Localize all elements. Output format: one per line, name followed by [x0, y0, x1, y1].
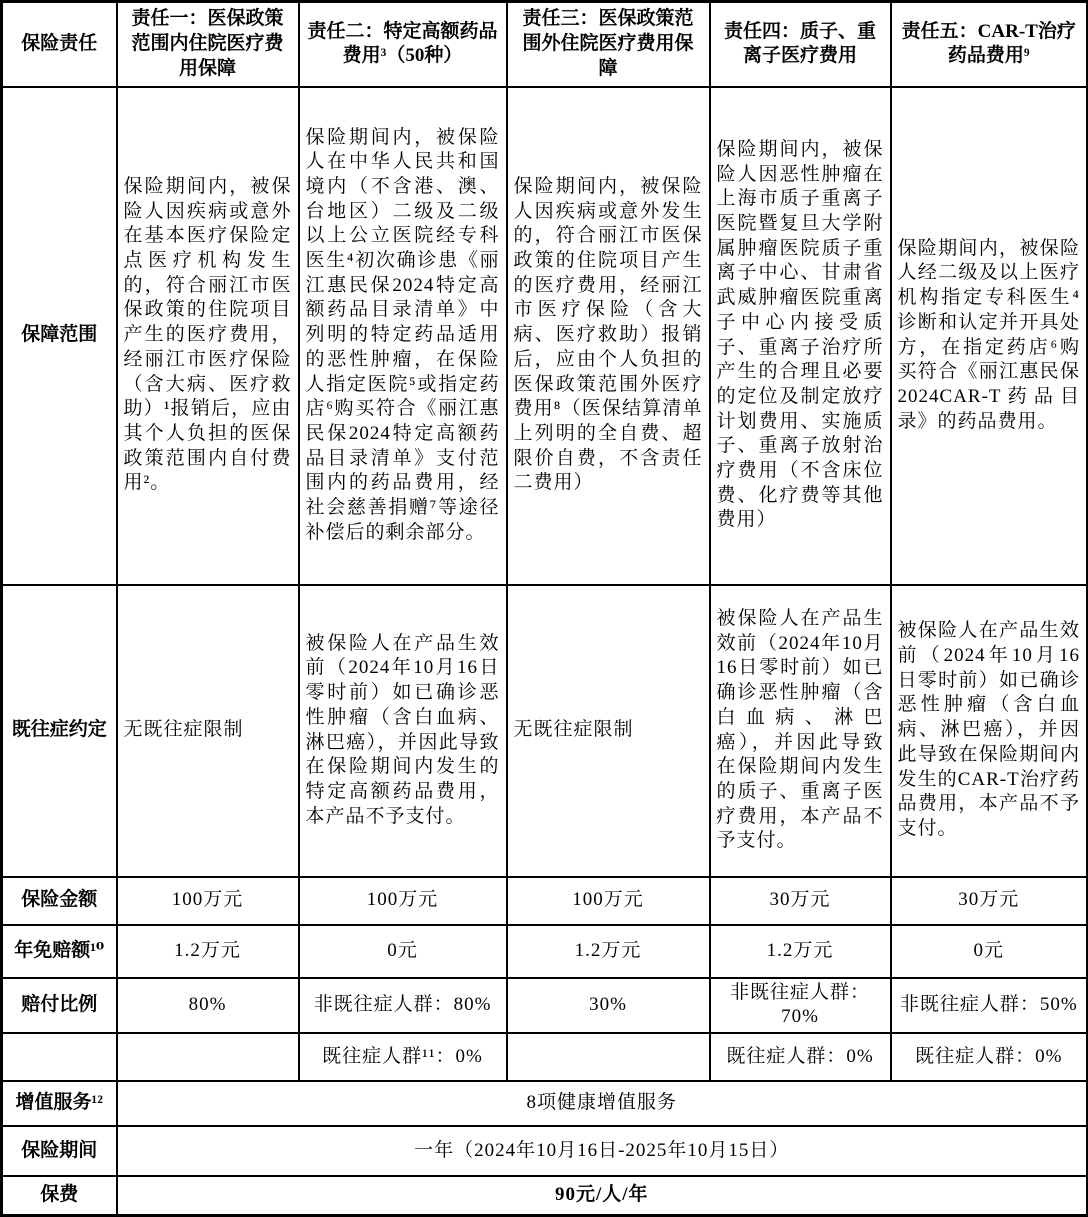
coverage-cell-liability-5: 保险期间内，被保险人经二级及以上医疗机构指定专科医生⁴诊断和认定并开具处方，在指…: [891, 87, 1088, 585]
row-label-sum-insured: 保险金额: [2, 877, 117, 925]
preexisting-cell-liability-4: 被保险人在产品生效前（2024年10月16日零时前）如已确诊恶性肿瘤（含白血病、…: [710, 585, 891, 877]
row-label-empty: [2, 1033, 117, 1081]
sum-insured-liability-2: 100万元: [299, 877, 507, 925]
coverage-row: 保障范围 保险期间内，被保险人因疾病或意外在基本医疗保险定点医疗机构发生的，符合…: [2, 87, 1088, 585]
column-header-liability-5: 责任五：CAR-T治疗药品费用⁹: [891, 2, 1088, 87]
insurance-liability-table: 保险责任 责任一：医保政策范围内住院医疗费用保障 责任二：特定高额药品费用³（5…: [0, 0, 1088, 1217]
coverage-cell-liability-4: 保险期间内，被保险人因恶性肿瘤在上海市质子重离子医院暨复旦大学附属肿瘤医院质子重…: [710, 87, 891, 585]
preexisting-cell-liability-2: 被保险人在产品生效前（2024年10月16日零时前）如已确诊恶性肿瘤（含白血病、…: [299, 585, 507, 877]
sum-insured-liability-3: 100万元: [507, 877, 710, 925]
row-label-payout-ratio: 赔付比例: [2, 978, 117, 1033]
payout-preexisting-liability-3: [507, 1033, 710, 1081]
payout-ratio-liability-1: 80%: [117, 978, 299, 1033]
column-header-liability-4: 责任四：质子、重离子医疗费用: [710, 2, 891, 87]
insurance-period-value: 一年（2024年10月16日-2025年10月15日）: [117, 1126, 1088, 1176]
sum-insured-liability-4: 30万元: [710, 877, 891, 925]
payout-preexisting-liability-1: [117, 1033, 299, 1081]
payout-preexisting-liability-5: 既往症人群：0%: [891, 1033, 1088, 1081]
deductible-liability-2: 0元: [299, 925, 507, 978]
payout-ratio-preexisting-row: 既往症人群¹¹：0% 既往症人群：0% 既往症人群：0%: [2, 1033, 1088, 1081]
coverage-cell-liability-3: 保险期间内，被保险人因疾病或意外发生的，符合丽江市医保政策的住院项目产生的医疗费…: [507, 87, 710, 585]
deductible-row: 年免赔额¹⁰ 1.2万元 0元 1.2万元 1.2万元 0元: [2, 925, 1088, 978]
row-label-value-added-service: 增值服务¹²: [2, 1081, 117, 1126]
payout-preexisting-liability-2: 既往症人群¹¹：0%: [299, 1033, 507, 1081]
value-added-service-row: 增值服务¹² 8项健康增值服务: [2, 1081, 1088, 1126]
insurance-benefit-page: 保险责任 责任一：医保政策范围内住院医疗费用保障 责任二：特定高额药品费用³（5…: [0, 0, 1088, 1217]
payout-ratio-row: 赔付比例 80% 非既往症人群：80% 30% 非既往症人群：70% 非既往症人…: [2, 978, 1088, 1033]
row-label-premium: 保费: [2, 1176, 117, 1216]
preexisting-cell-liability-5: 被保险人在产品生效前（2024年10月16日零时前）如已确诊恶性肿瘤（含白血病、…: [891, 585, 1088, 877]
corner-label: 保险责任: [2, 2, 117, 87]
deductible-liability-3: 1.2万元: [507, 925, 710, 978]
preexisting-cell-liability-3: 无既往症限制: [507, 585, 710, 877]
coverage-cell-liability-1: 保险期间内，被保险人因疾病或意外在基本医疗保险定点医疗机构发生的，符合丽江市医保…: [117, 87, 299, 585]
row-label-deductible: 年免赔额¹⁰: [2, 925, 117, 978]
payout-preexisting-liability-4: 既往症人群：0%: [710, 1033, 891, 1081]
preexisting-row: 既往症约定 无既往症限制 被保险人在产品生效前（2024年10月16日零时前）如…: [2, 585, 1088, 877]
column-header-liability-1: 责任一：医保政策范围内住院医疗费用保障: [117, 2, 299, 87]
payout-ratio-liability-5: 非既往症人群：50%: [891, 978, 1088, 1033]
premium-row: 保费 90元/人/年: [2, 1176, 1088, 1216]
sum-insured-liability-1: 100万元: [117, 877, 299, 925]
value-added-service-value: 8项健康增值服务: [117, 1081, 1088, 1126]
coverage-cell-liability-2: 保险期间内，被保险人在中华人民共和国境内（不含港、澳、台地区）二级及二级以上公立…: [299, 87, 507, 585]
deductible-liability-5: 0元: [891, 925, 1088, 978]
header-row: 保险责任 责任一：医保政策范围内住院医疗费用保障 责任二：特定高额药品费用³（5…: [2, 2, 1088, 87]
sum-insured-row: 保险金额 100万元 100万元 100万元 30万元 30万元: [2, 877, 1088, 925]
insurance-period-row: 保险期间 一年（2024年10月16日-2025年10月15日）: [2, 1126, 1088, 1176]
payout-ratio-liability-4: 非既往症人群：70%: [710, 978, 891, 1033]
deductible-liability-4: 1.2万元: [710, 925, 891, 978]
deductible-liability-1: 1.2万元: [117, 925, 299, 978]
column-header-liability-3: 责任三：医保政策范围外住院医疗费用保障: [507, 2, 710, 87]
premium-value: 90元/人/年: [117, 1176, 1088, 1216]
payout-ratio-liability-3: 30%: [507, 978, 710, 1033]
row-label-coverage: 保障范围: [2, 87, 117, 585]
row-label-insurance-period: 保险期间: [2, 1126, 117, 1176]
sum-insured-liability-5: 30万元: [891, 877, 1088, 925]
preexisting-cell-liability-1: 无既往症限制: [117, 585, 299, 877]
column-header-liability-2: 责任二：特定高额药品费用³（50种）: [299, 2, 507, 87]
row-label-preexisting: 既往症约定: [2, 585, 117, 877]
payout-ratio-liability-2: 非既往症人群：80%: [299, 978, 507, 1033]
